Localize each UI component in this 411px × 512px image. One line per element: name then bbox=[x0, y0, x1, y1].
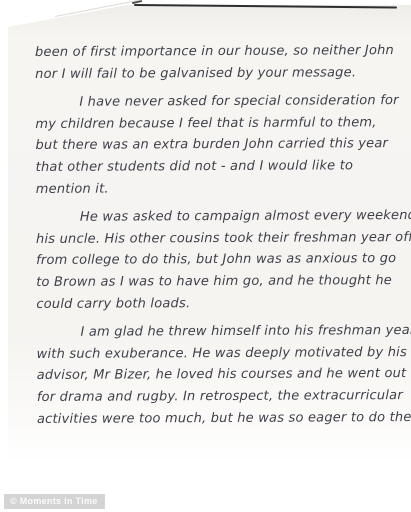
watermark-badge: © Moments in Time bbox=[4, 494, 105, 509]
handwritten-line: nor I will fail to be galvanised by your… bbox=[35, 62, 407, 86]
handwritten-line: but there was an extra burden John carri… bbox=[35, 133, 407, 157]
handwritten-line: He was asked to campaign almost every we… bbox=[36, 205, 408, 229]
handwritten-line: to Brown as I was to have him go, and he… bbox=[36, 270, 408, 294]
handwritten-line: for drama and rugby. In retrospect, the … bbox=[37, 385, 409, 409]
handwritten-line: mention it. bbox=[36, 177, 408, 201]
handwritten-line: with such exuberance. He was deeply moti… bbox=[37, 342, 409, 366]
handwritten-line: my children because I feel that is harmf… bbox=[35, 112, 407, 136]
handwritten-line: I have never asked for special considera… bbox=[35, 90, 407, 114]
handwritten-line: advisor, Mr Bizer, he loved his courses … bbox=[37, 363, 409, 387]
handwritten-line: activities were too much, but he was so … bbox=[37, 407, 409, 431]
handwritten-line: that other students did not - and I woul… bbox=[36, 155, 408, 179]
handwritten-line: I am glad he threw himself into his fres… bbox=[36, 320, 408, 344]
handwritten-line: could carry both loads. bbox=[36, 292, 408, 316]
scanned-letter-page: been of first importance in our house, s… bbox=[0, 0, 411, 512]
handwritten-line: his uncle. His other cousins took their … bbox=[36, 227, 408, 251]
handwritten-line: from college to do this, but John was as… bbox=[36, 248, 408, 272]
handwritten-line: been of first importance in our house, s… bbox=[35, 40, 407, 64]
handwritten-letter-text: been of first importance in our house, s… bbox=[35, 40, 409, 430]
